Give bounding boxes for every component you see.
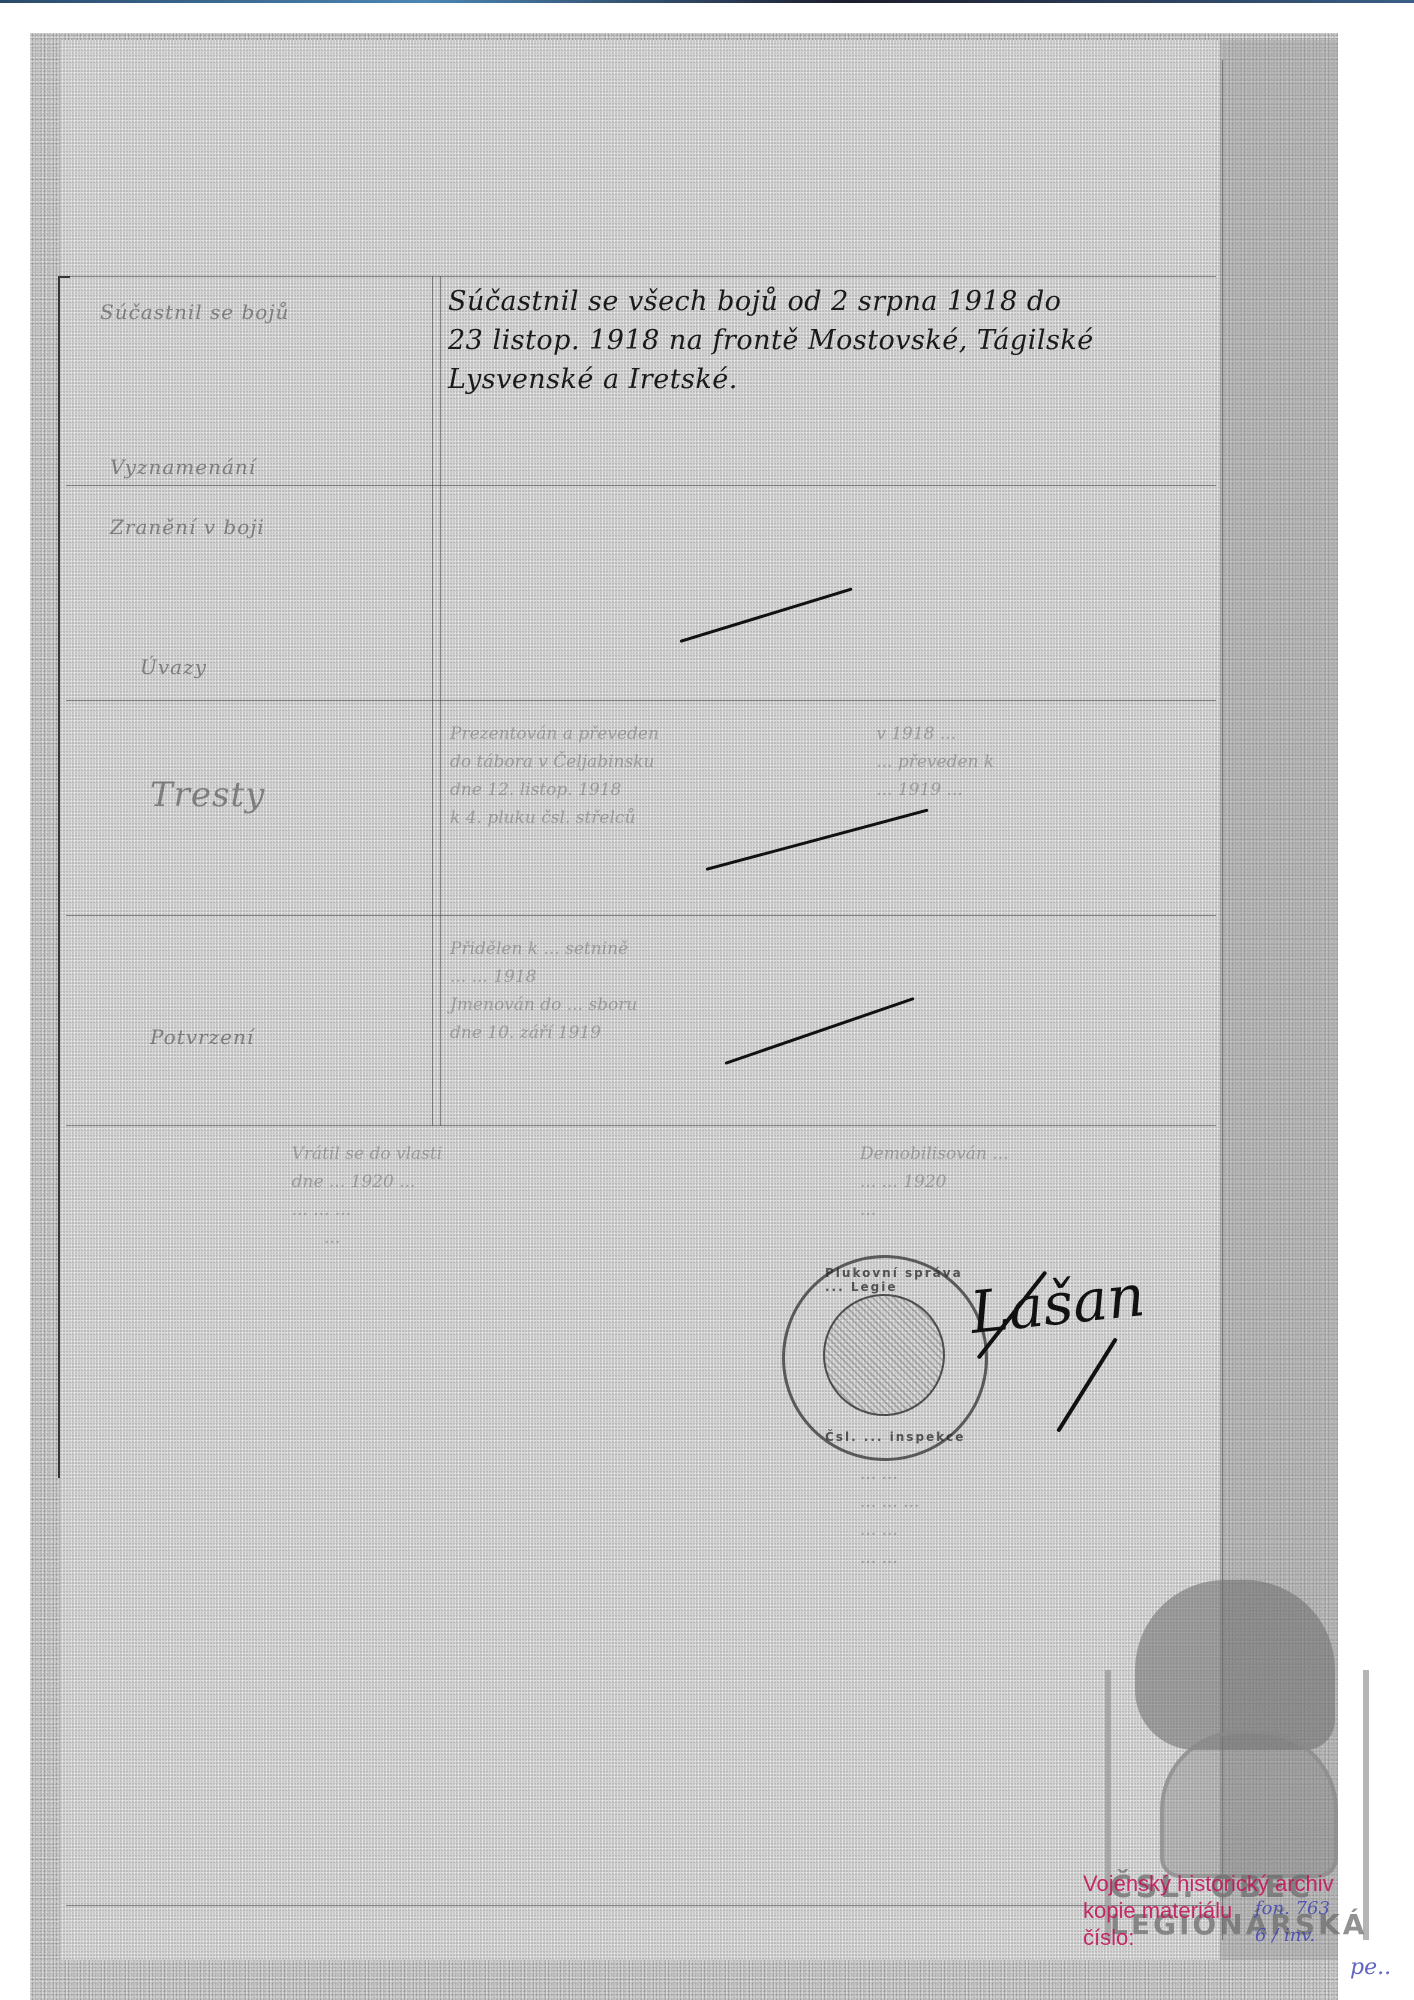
- seal-outer-text: Plukovní správa ... Legie: [825, 1266, 985, 1294]
- watermark-frame: [1363, 1670, 1369, 1940]
- battle-participation-entry: Súčastnil se všech bojů od 2 srpna 1918 …: [448, 282, 1238, 399]
- official-seal: Plukovní správa ... Legie Čsl. ... inspe…: [782, 1255, 988, 1461]
- entry-line: 23 listop. 1918 na frontě Mostovské, Tág…: [448, 321, 1238, 360]
- archive-inventory-number: 6 / inv.: [1255, 1925, 1315, 1946]
- table-rule-row2: [66, 700, 1216, 701]
- coat-of-arms-icon: [1160, 1730, 1338, 1878]
- table-rule-row1: [66, 485, 1216, 486]
- label-confirmation: Potvrzení: [150, 1025, 254, 1049]
- table-rule-row3: [66, 915, 1216, 916]
- table-rule-row4: [66, 1125, 1216, 1126]
- left-margin-bracket: [58, 276, 70, 1478]
- table-col-divider-1b: [440, 276, 441, 1126]
- bleed-through-text: Vrátil se do vlasti dne ... 1920 ... ...…: [270, 1140, 442, 1252]
- bleed-through-text: Prezentován a převeden do tábora v Čelja…: [450, 720, 659, 832]
- entry-line: Lysvenské a Iretské.: [448, 360, 1238, 399]
- table-col-divider-1: [432, 276, 433, 1126]
- seal-emblem-icon: [823, 1294, 945, 1416]
- entry-line: Súčastnil se všech bojů od 2 srpna 1918 …: [448, 282, 1238, 321]
- label-decorations: Vyznamenání: [110, 455, 256, 479]
- bleed-through-text: Demobilisován ... ... ... 1920 ...: [860, 1140, 1009, 1224]
- label-ties: Úvazy: [140, 655, 207, 679]
- label-battles: Súčastnil se bojů: [100, 300, 289, 324]
- viewer-top-rule: [0, 0, 1414, 3]
- label-wounds: Zranění v boji: [110, 515, 265, 539]
- bleed-through-text: Přidělen k ... setnině ... ... 1918 Jmen…: [450, 935, 637, 1047]
- label-punishments: Tresty: [150, 775, 265, 815]
- table-rule-bottom: [66, 1905, 1216, 1906]
- archive-stamp-line: Vojenský historický archiv: [1083, 1870, 1334, 1897]
- bleed-through-text: ... ... ... ... ... ... ... ... ...: [860, 1460, 919, 1572]
- table-rule-top: [66, 276, 1216, 277]
- seal-bottom-text: Čsl. ... inspekce: [825, 1430, 965, 1444]
- ballpoint-note: pe..: [1350, 1955, 1391, 1980]
- archive-fond-number: fon. 763: [1255, 1898, 1330, 1919]
- soldier-helmet-icon: [1135, 1580, 1335, 1750]
- bleed-through-text: v 1918 ... ... převeden k ... 1919 ...: [860, 720, 994, 804]
